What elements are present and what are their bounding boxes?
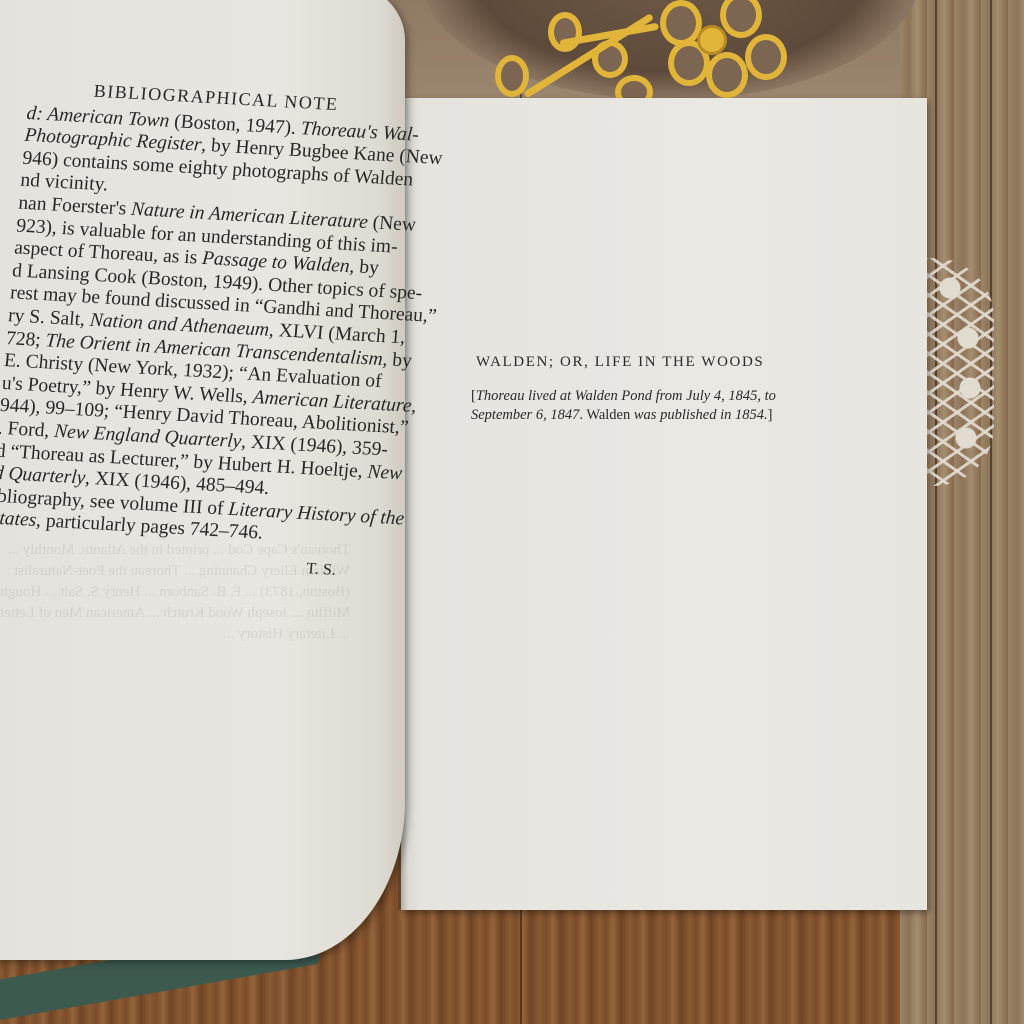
editorial-note: [Thoreau lived at Walden Pond from July … [471,387,831,425]
book-page-right [401,98,927,910]
note-paragraphs: d: American Town (Boston, 1947). Thoreau… [0,103,467,555]
close-bracket: ] [768,407,773,423]
plank-seam [990,0,992,1024]
bibliographical-note-text: BIBLIOGRAPHICAL NOTE d: American Town (B… [0,76,469,587]
bleed-through-text: Thoreau's Cape Cod ... printed in the At… [0,540,350,860]
note-roman: . Walden [579,407,634,423]
note-published: was published in 1854. [634,407,768,423]
work-title: WALDEN; OR, LIFE IN THE WOODS [476,354,821,371]
plank-seam [935,0,937,1024]
note-line-1: Thoreau lived at Walden Pond from July 4… [476,388,776,404]
note-date: September 6, 1847 [471,407,579,423]
crochet-lace-doily [920,258,994,486]
